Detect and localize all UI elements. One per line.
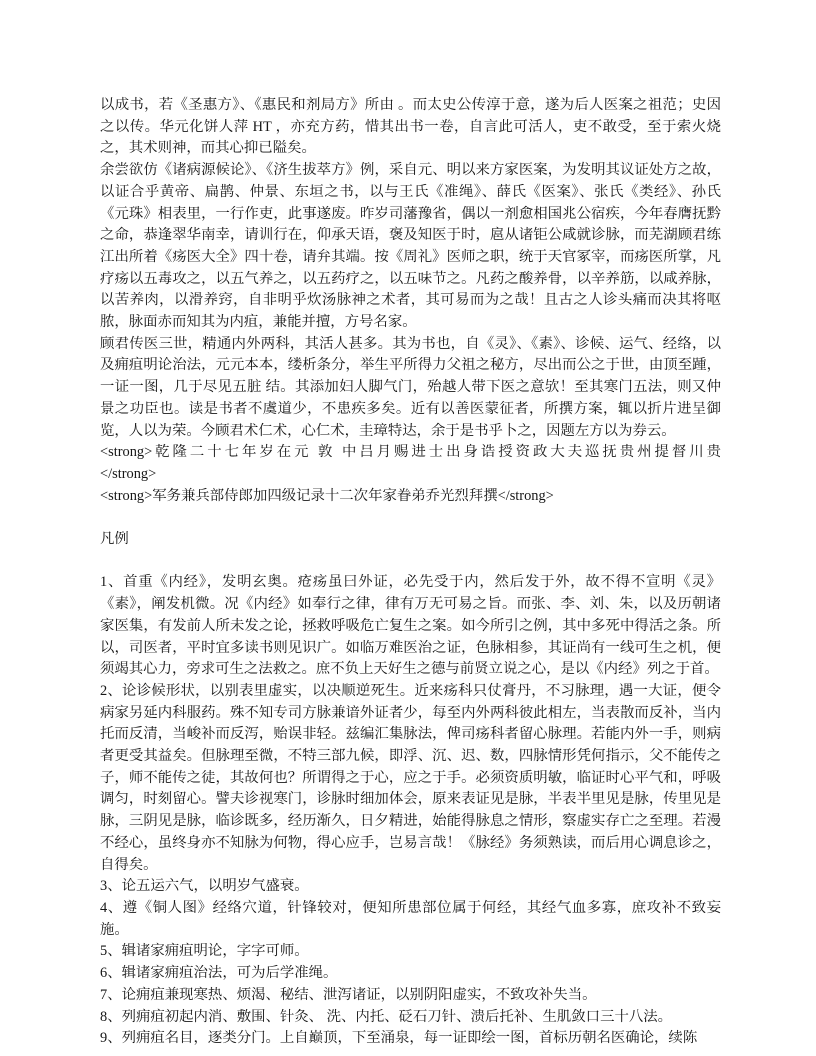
preface-paragraph: 以成书，若《圣惠方》、《惠民和剂局方》所由 。而太史公传淳于意，遂为后人医案之祖… xyxy=(100,95,721,160)
fanli-section-heading: 凡例 xyxy=(100,529,721,551)
fanli-item: 7、论痈疽兼现寒热、烦渴、秘结、泄泻诸证，以别阴阳虚实，不致攻补失当。 xyxy=(100,985,721,1007)
fanli-item: 9、列痈疽名目，逐类分门。上自巅顶，下至涌泉，每一证即绘一图，首标历朝名医确论，… xyxy=(100,1028,721,1050)
document-page: 以成书，若《圣惠方》、《惠民和剂局方》所由 。而太史公传淳于意，遂为后人医案之祖… xyxy=(0,0,816,1056)
fanli-item: 6、辑诸家痈疽治法，可为后学准绳。 xyxy=(100,963,721,985)
fanli-item: 8、列痈疽初起内消、敷围、针灸、 洗、内托、砭石刀针、溃后托补、生肌敛口三十八法… xyxy=(100,1007,721,1029)
preface-paragraph: 余尝欲仿《诸病源候论》、《济生拔萃方》例，采自元、明以来方家医案，为发明其议证处… xyxy=(100,160,721,334)
document-content: 以成书，若《圣惠方》、《惠民和剂局方》所由 。而太史公传淳于意，遂为后人医案之祖… xyxy=(100,95,721,1050)
fanli-item: 2、论诊候形状，以别表里虚实，以决顺逆死生。近来疡科只仗膏丹，不习脉理，遇一大证… xyxy=(100,681,721,876)
signature-line: <strong>军务兼兵部侍郎加四级记录十二次年家眷弟乔光烈拜撰</strong… xyxy=(100,486,721,508)
fanli-item: 5、辑诸家痈疽明论，字字可师。 xyxy=(100,941,721,963)
fanli-list: 1、首重《内经》，发明玄奥。疮疡虽曰外证，必先受于内，然后发于外，故不得不宣明《… xyxy=(100,572,721,1049)
signature-line: </strong> xyxy=(100,464,721,486)
preface-paragraph: 顾君传医三世，精通内外两科，其活人甚多。其为书也，自《灵》、《素》、诊候、运气、… xyxy=(100,334,721,443)
fanli-item: 3、论五运六气，以明岁气盛衰。 xyxy=(100,876,721,898)
fanli-item: 4、遵《铜人图》经络穴道，针锋较对，便知所患部位属于何经，其经气血多寡，庶攻补不… xyxy=(100,898,721,941)
signature-line: <strong>乾隆二十七年岁在元 敦 中吕月赐进士出身诰授资政大夫巡抚贵州提督… xyxy=(100,442,721,464)
fanli-item: 1、首重《内经》，发明玄奥。疮疡虽曰外证，必先受于内，然后发于外，故不得不宣明《… xyxy=(100,572,721,681)
